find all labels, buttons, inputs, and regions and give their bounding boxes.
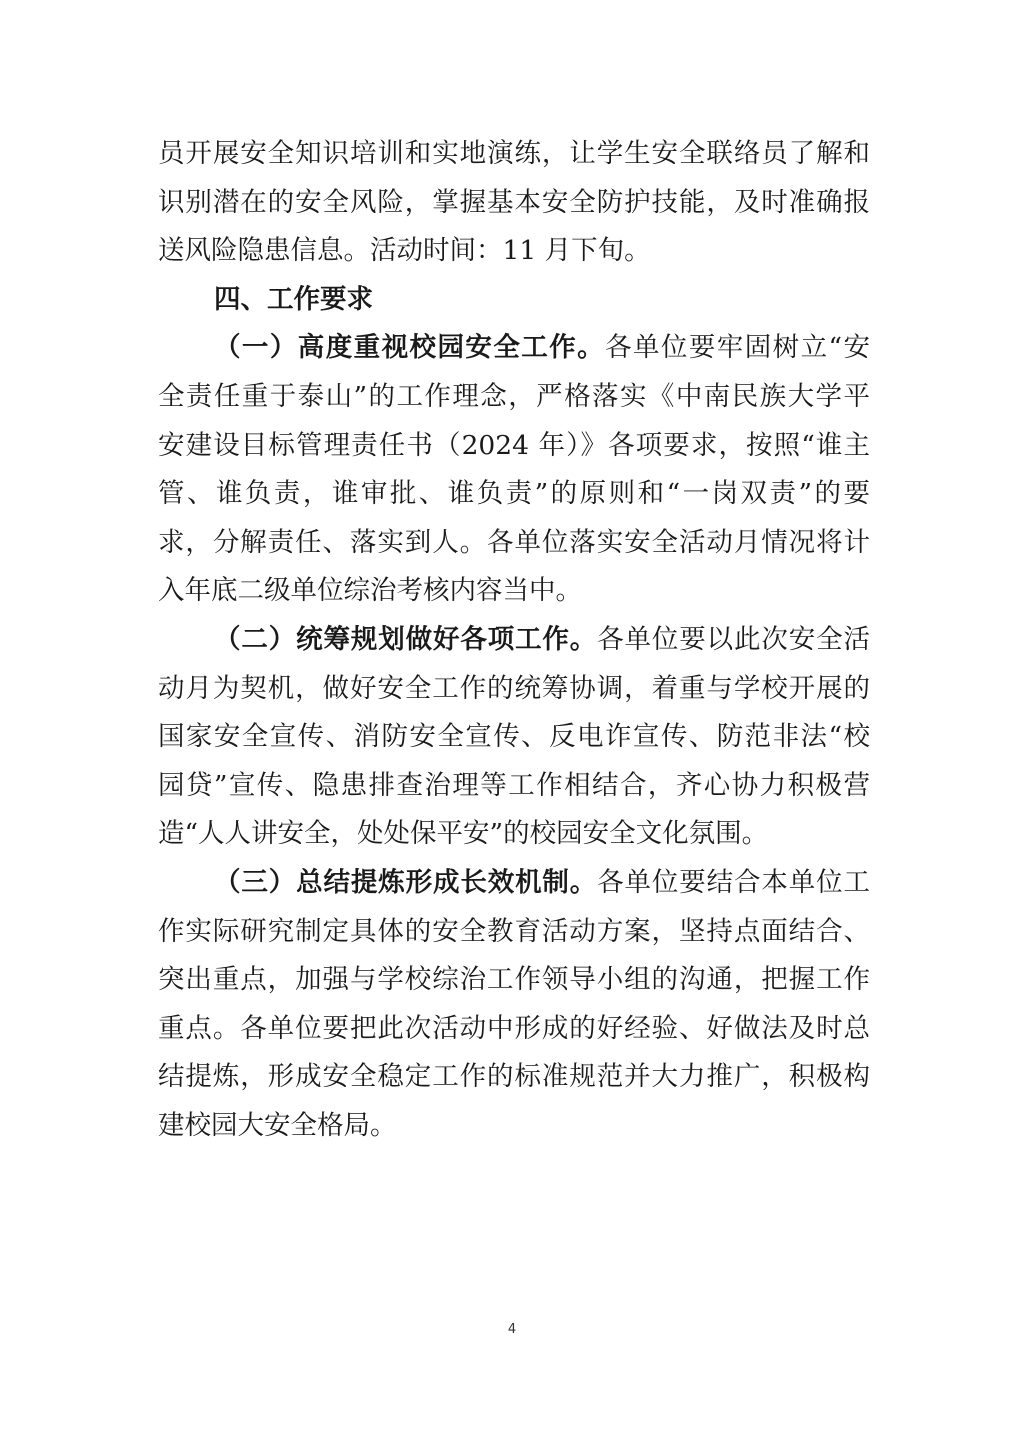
document-body: 员开展安全知识培训和实地演练，让学生安全联络员了解和 识别潜在的安全风险，掌握基… xyxy=(158,130,870,1150)
subsection-title: （三）总结提炼形成长效机制。 xyxy=(214,867,597,898)
subsection-title: （二）统筹规划做好各项工作。 xyxy=(214,624,597,655)
paragraph-line: 入年底二级单位综治考核内容当中。 xyxy=(158,567,870,616)
paragraph-line: 求，分解责任、落实到人。各单位落实安全活动月情况将计 xyxy=(158,519,870,568)
paragraph-line: 建校园大安全格局。 xyxy=(158,1102,870,1151)
paragraph-line: 管、谁负责，谁审批、谁负责”的原则和“一岗双责”的要 xyxy=(158,470,870,519)
document-page: 员开展安全知识培训和实地演练，让学生安全联络员了解和 识别潜在的安全风险，掌握基… xyxy=(0,0,1024,1448)
subsection-line: （三）总结提炼形成长效机制。各单位要结合本单位工 xyxy=(158,859,870,908)
section-heading: 四、工作要求 xyxy=(158,276,870,325)
page-number: 4 xyxy=(0,1322,1024,1337)
paragraph-line: 国家安全宣传、消防安全宣传、反电诈宣传、防范非法“校 xyxy=(158,713,870,762)
paragraph-line: 动月为契机，做好安全工作的统筹协调，着重与学校开展的 xyxy=(158,665,870,714)
paragraph-text: 各单位要结合本单位工 xyxy=(597,867,870,898)
paragraph-line: 突出重点，加强与学校综治工作领导小组的沟通，把握工作 xyxy=(158,956,870,1005)
paragraph-line: 园贷”宣传、隐患排查治理等工作相结合，齐心协力积极营 xyxy=(158,762,870,811)
subsection-line: （一）高度重视校园安全工作。各单位要牢固树立“安 xyxy=(158,324,870,373)
paragraph-line: 送风险隐患信息。活动时间：11 月下旬。 xyxy=(158,227,870,276)
paragraph-text: 各单位要牢固树立“安 xyxy=(605,332,870,363)
paragraph-line: 作实际研究制定具体的安全教育活动方案，坚持点面结合、 xyxy=(158,908,870,957)
paragraph-line: 全责任重于泰山”的工作理念，严格落实《中南民族大学平 xyxy=(158,373,870,422)
subsection-line: （二）统筹规划做好各项工作。各单位要以此次安全活 xyxy=(158,616,870,665)
subsection-title: （一）高度重视校园安全工作。 xyxy=(214,332,605,363)
paragraph-line: 造“人人讲安全，处处保平安”的校园安全文化氛围。 xyxy=(158,810,870,859)
paragraph-line: 重点。各单位要把此次活动中形成的好经验、好做法及时总 xyxy=(158,1005,870,1054)
paragraph-line: 安建设目标管理责任书（2024 年）》各项要求，按照“谁主 xyxy=(158,422,870,471)
paragraph-line: 结提炼，形成安全稳定工作的标准规范并大力推广，积极构 xyxy=(158,1053,870,1102)
paragraph-text: 各单位要以此次安全活 xyxy=(597,624,870,655)
paragraph-line: 识别潜在的安全风险，掌握基本安全防护技能，及时准确报 xyxy=(158,179,870,228)
paragraph-line: 员开展安全知识培训和实地演练，让学生安全联络员了解和 xyxy=(158,130,870,179)
